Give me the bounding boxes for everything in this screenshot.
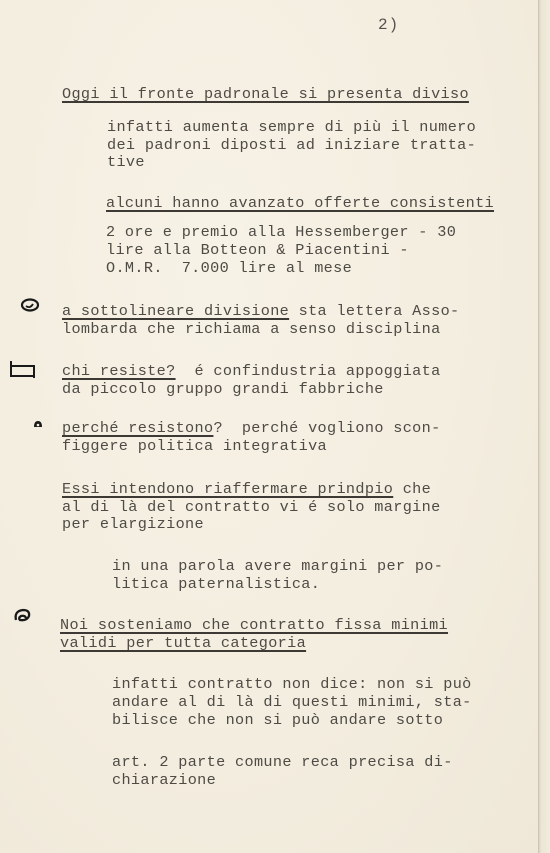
block-divisione-line: lombarda che richiama a senso disciplina (62, 320, 441, 338)
underlined-line: Noi sosteniamo che contratto fissa minim… (60, 616, 448, 634)
underlined-phrase: chi resiste? (62, 362, 176, 380)
block-perche-line: figgere politica integrativa (62, 437, 327, 455)
dot-mark-icon (32, 419, 44, 429)
block-infatti-line: andare al di là di questi minimi, sta- (112, 693, 472, 711)
block-offerte-line: lire alla Botteon & Piacentini - (106, 241, 409, 259)
block-chi-resiste-line: da piccolo gruppo grandi fabbriche (62, 380, 384, 398)
underlined-phrase: Essi intendono riaffermare prindpio (62, 480, 393, 498)
block-offerte-heading: alcuni hanno avanzato offerte consistent… (106, 194, 494, 212)
line-rest: é confindustria appoggiata (176, 362, 441, 380)
block-noi-line: Noi sosteniamo che contratto fissa minim… (60, 616, 448, 634)
page-number: 2) (378, 16, 399, 34)
line-rest: ? perché vogliono scon- (213, 419, 440, 437)
block-essi-line: per elargizione (62, 515, 204, 533)
loop-mark-icon (12, 606, 34, 624)
paper-edge (538, 0, 550, 853)
block-art-line: art. 2 parte comune reca precisa di- (112, 753, 453, 771)
block-divisione-first-line: a sottolineare divisione sta lettera Ass… (62, 302, 460, 320)
underlined-line: validi per tutta categoria (60, 634, 306, 652)
block-fronte-line: infatti aumenta sempre di più il numero (107, 118, 476, 136)
block-essi-first-line: Essi intendono riaffermare prindpio che (62, 480, 431, 498)
line-rest: sta lettera Asso- (289, 302, 459, 320)
block-parola-line: in una parola avere margini per po- (112, 557, 443, 575)
block-offerte-line: O.M.R. 7.000 lire al mese (106, 259, 352, 277)
block-art-line: chiarazione (112, 771, 216, 789)
block-offerte-line: 2 ore e premio alla Hessemberger - 30 (106, 223, 456, 241)
block-essi-line: al di là del contratto vi é solo margine (62, 498, 441, 516)
block-parola-line: litica paternalistica. (112, 575, 320, 593)
block-fronte-line: dei padroni diposti ad iniziare tratta- (107, 136, 476, 154)
block-chi-resiste-first-line: chi resiste? é confindustria appoggiata (62, 362, 441, 380)
underlined-heading: alcuni hanno avanzato offerte consistent… (106, 194, 494, 212)
line-rest: che (393, 480, 431, 498)
block-fronte-heading: Oggi il fronte padronale si presenta div… (62, 85, 469, 103)
circle-arrow-mark-icon (18, 296, 44, 314)
block-infatti-line: bilisce che non si può andare sotto (112, 711, 443, 729)
block-infatti-line: infatti contratto non dice: non si può (112, 675, 472, 693)
underlined-heading: Oggi il fronte padronale si presenta div… (62, 85, 469, 103)
block-perche-first-line: perché resistono? perché vogliono scon- (62, 419, 441, 437)
bracket-mark-icon (8, 358, 38, 380)
underlined-phrase: perché resistono (62, 419, 213, 437)
block-noi-line: validi per tutta categoria (60, 634, 306, 652)
block-fronte-line: tive (107, 153, 145, 171)
underlined-phrase: a sottolineare divisione (62, 302, 289, 320)
